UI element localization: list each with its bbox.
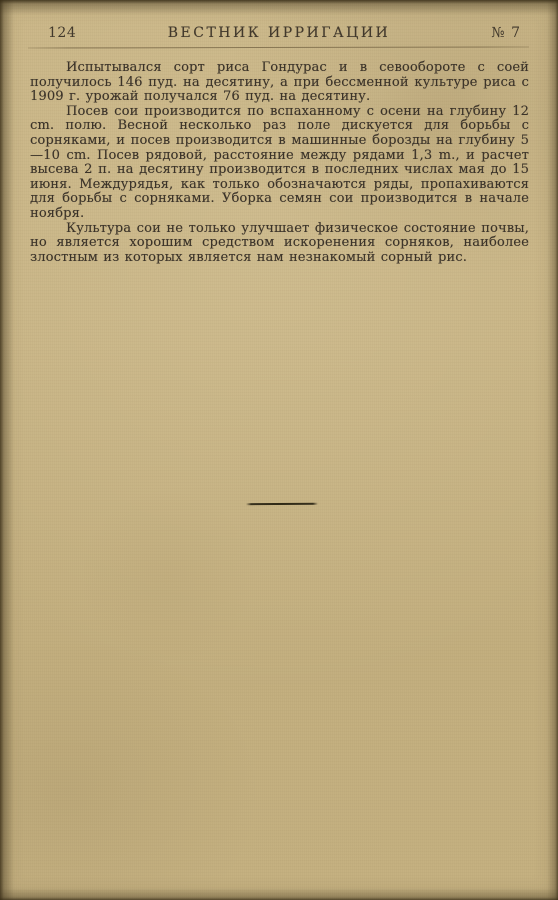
- issue-number: № 7: [491, 25, 521, 41]
- paragraph-soy-benefits: Культура сои не только улучшает физическ…: [30, 222, 529, 266]
- page-header: 124 ВЕСТНИК ИРРИГАЦИИ № 7: [30, 25, 528, 43]
- section-divider: [246, 503, 318, 505]
- paragraph-soy-sowing: Посев сои производится по вспаханному с …: [30, 105, 529, 222]
- journal-title: ВЕСТНИК ИРРИГАЦИИ: [168, 25, 391, 41]
- header-rule: [28, 46, 529, 48]
- scanned-journal-page: 124 ВЕСТНИК ИРРИГАЦИИ № 7 Испытывался со…: [0, 0, 558, 900]
- paragraph-rice-yield: Испытывался сорт риса Гондурас и в севоо…: [30, 61, 529, 105]
- page-number: 124: [48, 25, 76, 41]
- article-text: Испытывался сорт риса Гондурас и в севоо…: [30, 61, 529, 265]
